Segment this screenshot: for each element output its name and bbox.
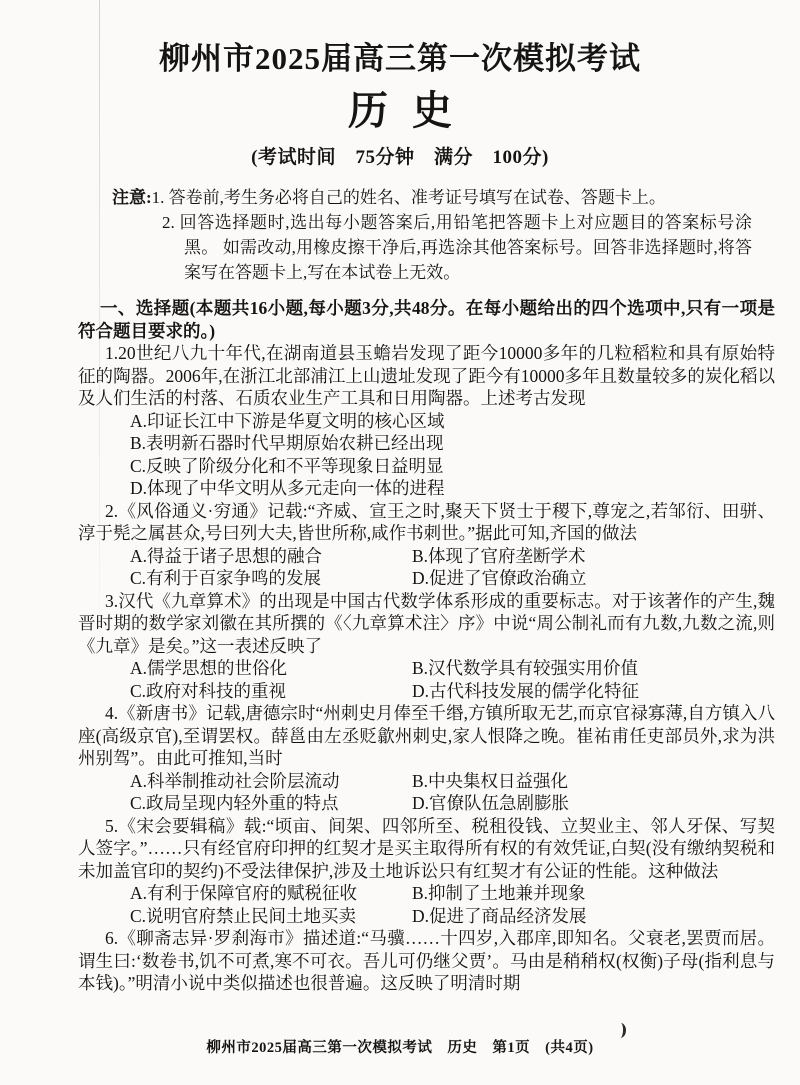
question-5-option-c: C.说明官府禁止民间土地买卖	[130, 905, 412, 928]
question-1: 1.20世纪八九十年代,在湖南道县玉蟾岩发现了距今10000多年的几粒稻粒和具有…	[78, 342, 775, 500]
question-4: 4.《新唐书》记载,唐德宗时“州刺史月俸至千缗,方镇所取无艺,而京官禄寡薄,自方…	[78, 702, 775, 815]
question-1-option-a: A.印证长江中下游是华夏文明的核心区域	[78, 410, 775, 433]
page-footer: 柳州市2025届高三第一次模拟考试 历史 第1页 (共4页)	[0, 1036, 800, 1057]
question-3: 3.汉代《九章算术》的出现是中国古代数学体系形成的重要标志。对于该著作的产生,魏…	[78, 590, 775, 703]
question-1-options: A.印证长江中下游是华夏文明的核心区域 B.表明新石器时代早期原始农耕已经出现 …	[78, 410, 775, 500]
question-1-option-c: C.反映了阶级分化和不平等现象日益明显	[78, 455, 775, 478]
question-2-option-a: A.得益于诸子思想的融合	[130, 545, 412, 568]
exam-subject: 历 史	[0, 87, 800, 135]
question-1-option-b: B.表明新石器时代早期原始农耕已经出现	[78, 432, 775, 455]
question-3-options: A.儒学思想的世俗化 B.汉代数学具有较强实用价值 C.政府对科技的重视 D.古…	[78, 657, 775, 702]
question-2-options: A.得益于诸子思想的融合 B.体现了官府垄断学术 C.有利于百家争鸣的发展 D.…	[78, 545, 775, 590]
question-5-option-a: A.有利于保障官府的赋税征收	[130, 882, 412, 905]
question-5-options: A.有利于保障官府的赋税征收 B.抑制了土地兼并现象 C.说明官府禁止民间土地买…	[78, 882, 775, 927]
question-5-stem: 5.《宋会要辑稿》载:“顷亩、间架、四邻所至、税租役钱、立契业主、邻人牙保、写契…	[78, 815, 775, 883]
question-4-option-c: C.政局呈现内轻外重的特点	[130, 792, 412, 815]
scanned-exam-page: 柳州市2025届高三第一次模拟考试 历 史 (考试时间 75分钟 满分 100分…	[0, 0, 800, 1085]
question-4-option-a: A.科举制推动社会阶层流动	[130, 770, 412, 793]
section-header: 一、选择题(本题共16小题,每小题3分,共48分。在每小题给出的四个选项中,只有…	[78, 297, 775, 342]
exam-info: (考试时间 75分钟 满分 100分)	[0, 146, 800, 170]
question-3-option-a: A.儒学思想的世俗化	[130, 657, 412, 680]
question-4-options: A.科举制推动社会阶层流动 B.中央集权日益强化 C.政局呈现内轻外重的特点 D…	[78, 770, 775, 815]
question-1-stem: 1.20世纪八九十年代,在湖南道县玉蟾岩发现了距今10000多年的几粒稻粒和具有…	[78, 342, 775, 410]
question-2: 2.《风俗通义·穷通》记载:“齐威、宣王之时,聚天下贤士于稷下,尊宠之,若邹衍、…	[78, 500, 775, 590]
question-3-option-c: C.政府对科技的重视	[130, 680, 412, 703]
notice-label: 注意:	[112, 188, 152, 207]
question-4-stem: 4.《新唐书》记载,唐德宗时“州刺史月俸至千缗,方镇所取无艺,而京官禄寡薄,自方…	[78, 702, 775, 770]
question-6: 6.《聊斋志异·罗刹海市》描述道:“马骥……十四岁,入郡庠,即知名。父衰老,罢贾…	[78, 927, 775, 995]
question-5-option-d: D.促进了商品经济发展	[412, 905, 775, 928]
exam-body: 一、选择题(本题共16小题,每小题3分,共48分。在每小题给出的四个选项中,只有…	[78, 297, 775, 995]
notice-block: 注意:1. 答卷前,考生务必将自己的姓名、准考证号填写在试卷、答题卡上。 2. …	[112, 185, 752, 285]
question-4-option-b: B.中央集权日益强化	[412, 770, 775, 793]
question-4-option-d: D.官僚队伍急剧膨胀	[412, 792, 775, 815]
question-2-option-b: B.体现了官府垄断学术	[412, 545, 775, 568]
notice-item-1-text: 1. 答卷前,考生务必将自己的姓名、准考证号填写在试卷、答题卡上。	[152, 188, 666, 207]
question-6-stem: 6.《聊斋志异·罗刹海市》描述道:“马骥……十四岁,入郡庠,即知名。父衰老,罢贾…	[78, 927, 775, 995]
question-2-option-c: C.有利于百家争鸣的发展	[130, 567, 412, 590]
question-3-option-d: D.古代科技发展的儒学化特征	[412, 680, 775, 703]
notice-item-1: 注意:1. 答卷前,考生务必将自己的姓名、准考证号填写在试卷、答题卡上。	[112, 185, 752, 210]
question-2-stem: 2.《风俗通义·穷通》记载:“齐威、宣王之时,聚天下贤士于稷下,尊宠之,若邹衍、…	[78, 500, 775, 545]
scan-edge-artifact	[99, 0, 100, 640]
exam-header: 柳州市2025届高三第一次模拟考试 历 史 (考试时间 75分钟 满分 100分…	[0, 0, 800, 170]
question-5: 5.《宋会要辑稿》载:“顷亩、间架、四邻所至、税租役钱、立契业主、邻人牙保、写契…	[78, 815, 775, 928]
question-3-option-b: B.汉代数学具有较强实用价值	[412, 657, 775, 680]
question-1-option-d: D.体现了中华文明从多元走向一体的进程	[78, 477, 775, 500]
question-5-option-b: B.抑制了土地兼并现象	[412, 882, 775, 905]
question-3-stem: 3.汉代《九章算术》的出现是中国古代数学体系形成的重要标志。对于该著作的产生,魏…	[78, 590, 775, 658]
question-2-option-d: D.促进了官僚政治确立	[412, 567, 775, 590]
exam-title: 柳州市2025届高三第一次模拟考试	[0, 40, 800, 78]
notice-item-2: 2. 回答选择题时,选出每小题答案后,用铅笔把答题卡上对应题目的答案标号涂黑。 …	[162, 210, 752, 285]
